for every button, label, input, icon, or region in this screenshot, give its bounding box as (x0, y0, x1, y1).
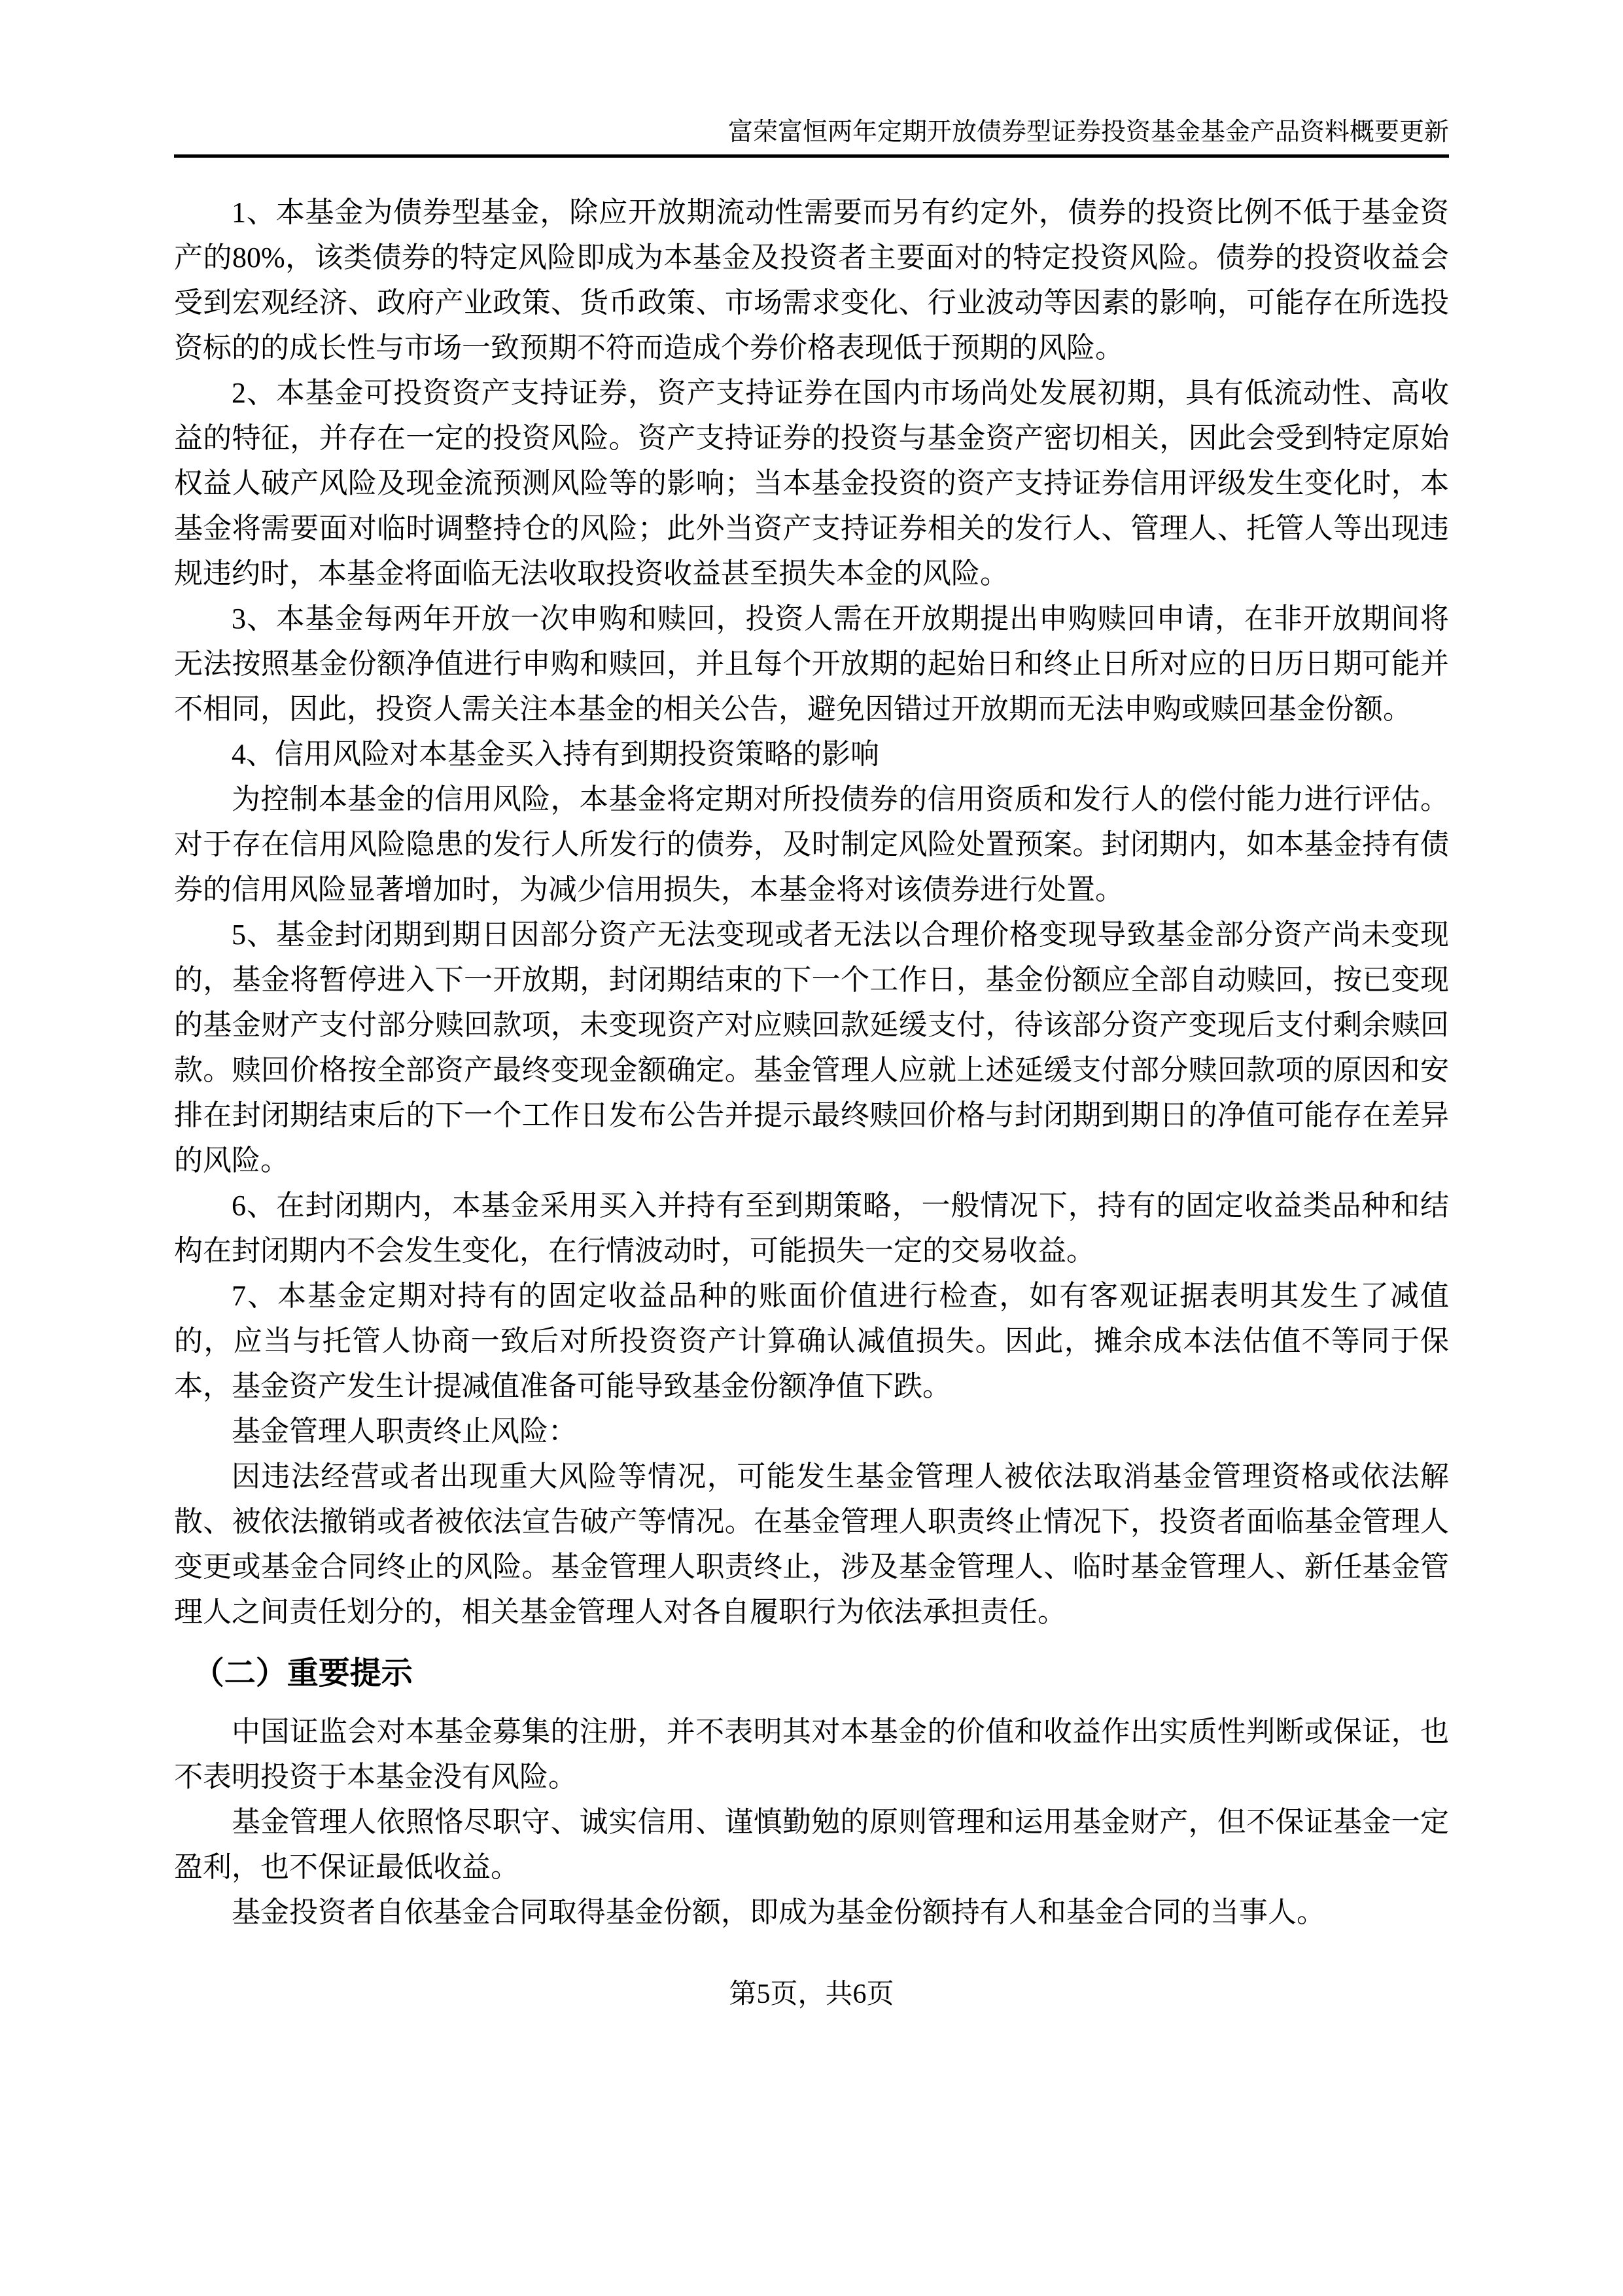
risk-paragraph-1: 1、本基金为债券型基金，除应开放期流动性需要而另有约定外，债券的投资比例不低于基… (174, 190, 1449, 370)
notice-paragraph-1: 中国证监会对本基金募集的注册，并不表明其对本基金的价值和收益作出实质性判断或保证… (174, 1709, 1449, 1799)
notice-paragraph-3: 基金投资者自依基金合同取得基金份额，即成为基金份额持有人和基金合同的当事人。 (174, 1890, 1449, 1935)
risk-paragraph-7: 6、在封闭期内，本基金采用买入并持有至到期策略，一般情况下，持有的固定收益类品种… (174, 1183, 1449, 1273)
risk-paragraph-9: 基金管理人职责终止风险： (174, 1409, 1449, 1454)
risk-paragraph-10: 因违法经营或者出现重大风险等情况，可能发生基金管理人被依法取消基金管理资格或依法… (174, 1454, 1449, 1634)
header-title: 富荣富恒两年定期开放债券型证券投资基金基金产品资料概要更新 (174, 116, 1449, 148)
document-body: 1、本基金为债券型基金，除应开放期流动性需要而另有约定外，债券的投资比例不低于基… (174, 190, 1449, 1935)
page-number: 第5页，共6页 (0, 1977, 1623, 2011)
risk-paragraph-8: 7、本基金定期对持有的固定收益品种的账面价值进行检查，如有客观证据表明其发生了减… (174, 1273, 1449, 1409)
risk-paragraph-6: 5、基金封闭期到期日因部分资产无法变现或者无法以合理价格变现导致基金部分资产尚未… (174, 912, 1449, 1183)
document-page: 富荣富恒两年定期开放债券型证券投资基金基金产品资料概要更新 1、本基金为债券型基… (0, 0, 1623, 2296)
header-rule (174, 154, 1449, 156)
risk-paragraph-5: 为控制本基金的信用风险，本基金将定期对所投债券的信用资质和发行人的偿付能力进行评… (174, 777, 1449, 912)
notice-paragraph-2: 基金管理人依照恪尽职守、诚实信用、谨慎勤勉的原则管理和运用基金财产，但不保证基金… (174, 1799, 1449, 1890)
section-heading-important-notice: （二）重要提示 (174, 1648, 1449, 1700)
risk-paragraph-4: 4、信用风险对本基金买入持有到期投资策略的影响 (174, 732, 1449, 777)
risk-paragraph-2: 2、本基金可投资资产支持证券，资产支持证券在国内市场尚处发展初期，具有低流动性、… (174, 370, 1449, 596)
risk-paragraph-3: 3、本基金每两年开放一次申购和赎回，投资人需在开放期提出申购赎回申请，在非开放期… (174, 596, 1449, 732)
